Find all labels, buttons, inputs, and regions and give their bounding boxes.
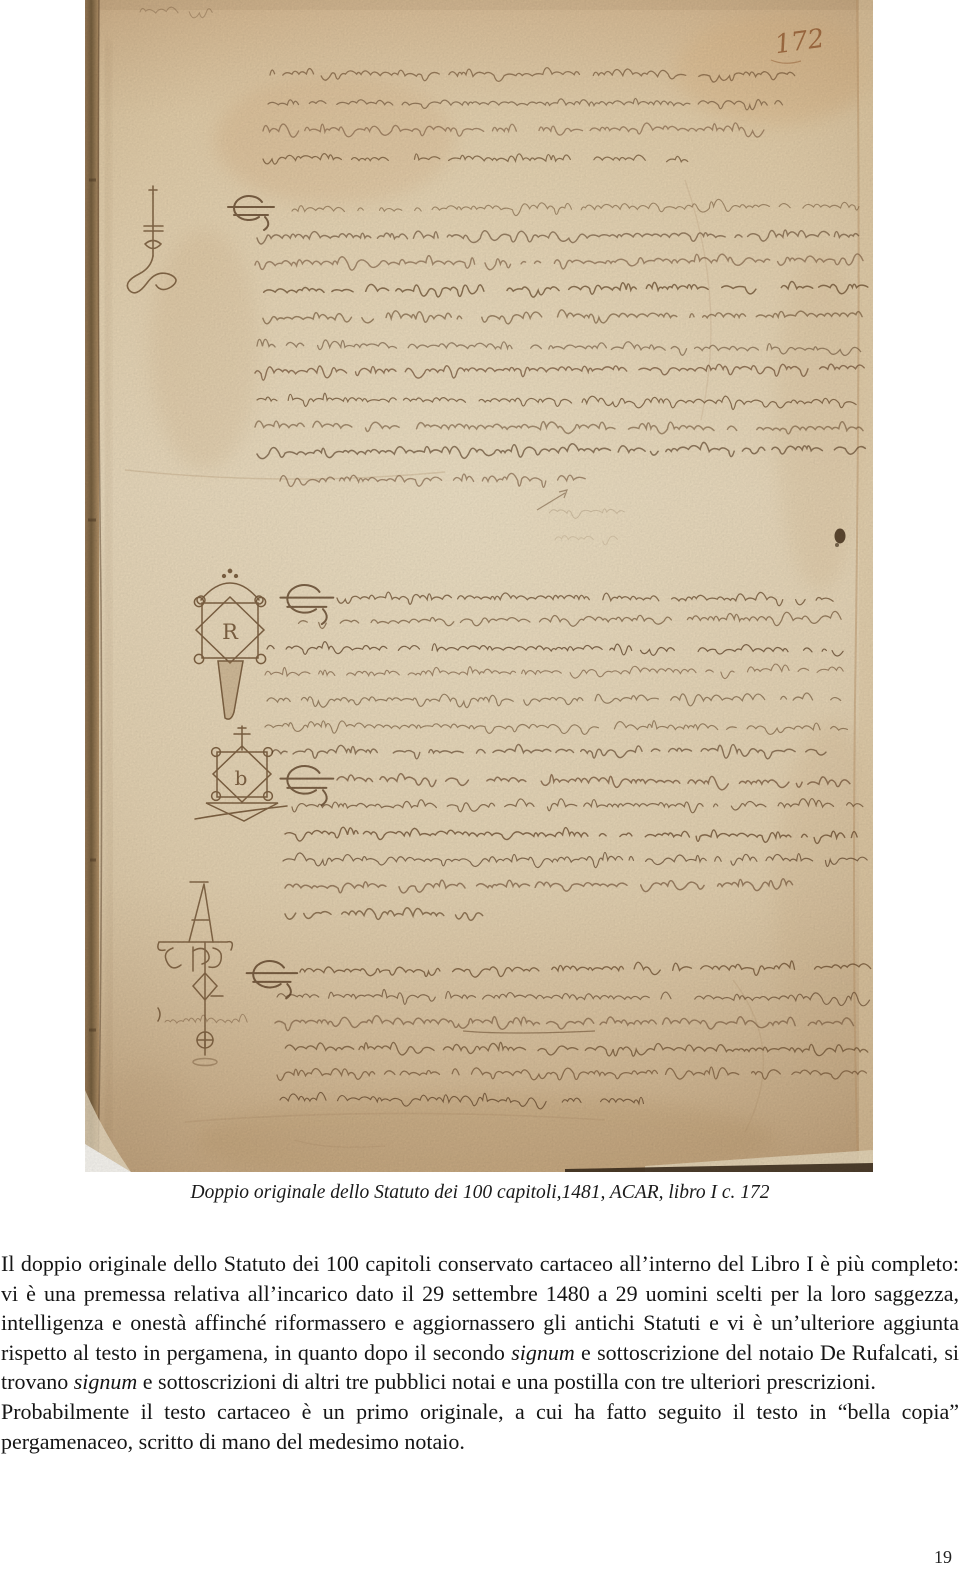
page-number: 19 [934,1547,952,1568]
photo-caption: Doppio originale dello Statuto dei 100 c… [0,1180,960,1206]
photo-grain [85,0,873,1172]
paragraph-2: Probabilmente il testo cartaceo è un pri… [1,1397,959,1456]
manuscript-photo: 172 R [85,0,873,1172]
paragraph-1: Il doppio originale dello Statuto dei 10… [1,1249,959,1397]
book-page: 172 R [0,0,960,1576]
page: { "manuscript": { "folio_number": "172",… [0,0,960,1576]
manuscript-canvas: 172 R [85,0,873,1172]
body-text: Il doppio originale dello Statuto dei 10… [0,1249,960,1456]
